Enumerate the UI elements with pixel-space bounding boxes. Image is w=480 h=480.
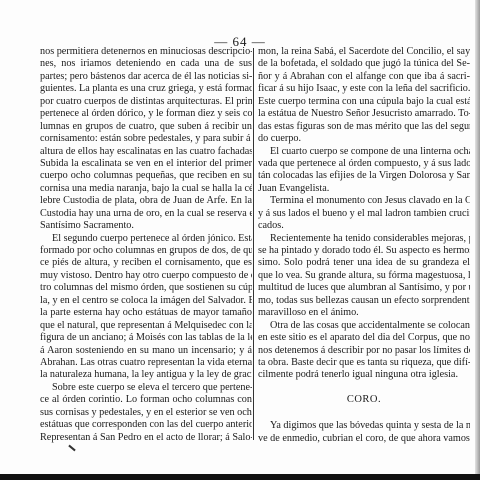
text-line: estátuas que corresponden con las del cu… xyxy=(40,419,252,431)
text-line: nos detenemos á describir por no pasar l… xyxy=(258,345,470,357)
text-line: que lo vea. Su grande altura, su fórma m… xyxy=(258,270,470,282)
text-line: lumnas en grupos de cuatro, que suben á … xyxy=(40,121,252,133)
text-line: ce piés de altura, y reciben el cornisam… xyxy=(40,257,252,269)
text-line: se ha pintado y dorado todo él. Su aspec… xyxy=(258,245,470,257)
text-line: la estátua de Nuestro Señor Jesucristo a… xyxy=(258,108,470,120)
text-line: que el natural, que representan á Melqui… xyxy=(40,320,252,332)
text-line: Termina el monumento con Jesus clavado e… xyxy=(258,195,470,207)
text-line: á Aaron sosteniendo en su mano un incens… xyxy=(40,345,252,357)
text-line: maravilloso en el ánimo. xyxy=(258,307,470,319)
scan-bottom-border xyxy=(0,474,480,480)
text-line: tán colocadas las efijies de la Virgen D… xyxy=(258,170,470,182)
text-line: mo, todas sus bellezas causan un efecto … xyxy=(258,295,470,307)
page-edge-shadow xyxy=(475,0,480,474)
text-line: la naturaleza humana, la ley antigua y l… xyxy=(40,369,252,381)
text-line: nos permitiera detenernos en minuciosas … xyxy=(40,46,252,58)
text-line: simo. Solo podrá tener una idea de su gr… xyxy=(258,257,470,269)
text-line: El segundo cuerpo pertenece al órden jón… xyxy=(40,233,252,245)
text-line: cados. xyxy=(258,220,470,232)
text-line: lebre Custodia de plata, obra de Juan de… xyxy=(40,195,252,207)
text-line: mon, la reina Sabá, el Sacerdote del Con… xyxy=(258,46,470,58)
text-line: Ya digimos que las bóvedas quinta y sest… xyxy=(258,420,470,432)
text-line: de la bofetada, el soldado que jugó la t… xyxy=(258,58,470,70)
text-line: El cuarto cuerpo se compone de una linte… xyxy=(258,146,470,158)
text-line: partes; pero bástenos dar acerca de él l… xyxy=(40,71,252,83)
text-line: por cuatro cuerpos de distintas arquitec… xyxy=(40,96,252,108)
text-line: do cuerpo. xyxy=(258,133,470,145)
text-line: sus cornisas y pedestales, y en el ester… xyxy=(40,407,252,419)
text-line: la parte esterna hay ocho estátuas de ma… xyxy=(40,307,252,319)
text-line: cornisa una media naranja, bajo la cual … xyxy=(40,183,252,195)
book-page: — 64 — nos permitiera detenernos en minu… xyxy=(0,0,480,474)
text-line: Abrahan. Las otras cuatro representan la… xyxy=(40,357,252,369)
text-line: guientes. La planta es una cruz griega, … xyxy=(40,83,252,95)
text-line: la, y en el centro se coloca la imágen d… xyxy=(40,295,252,307)
text-line: ta obra. Baste decir que es tanta su riq… xyxy=(258,357,470,369)
text-line: nes, nos iriamos deteniendo en cada una … xyxy=(40,58,252,70)
text-line: Subida la escalinata se ven en el interi… xyxy=(40,158,252,170)
text-line: Otra de las cosas que accidentalmente se… xyxy=(258,320,470,332)
text-line: multitud de luces que alumbran al Santís… xyxy=(258,282,470,294)
text-line: pertenece al órden dórico, y le forman d… xyxy=(40,108,252,120)
text-line: cornisamento: están sobre pedestales, y … xyxy=(40,133,252,145)
text-line: cuerpo ocho columnas pequeñas, que recib… xyxy=(40,170,252,182)
text-line: Este cuerpo termina con una cúpula bajo … xyxy=(258,96,470,108)
text-line: ve de enmedio, cubrian el coro, de que a… xyxy=(258,433,470,445)
text-line: ficar á su hijo Isaac, y este con la leñ… xyxy=(258,83,470,95)
text-line: Custodia hay una urna de oro, en la cual… xyxy=(40,208,252,220)
text-line: y á sus lados el bueno y el mal ladron t… xyxy=(258,208,470,220)
text-line: ce al órden corintio. Lo forman ocho col… xyxy=(40,394,252,406)
text-line: figura de un anciano; á Moisés con las t… xyxy=(40,332,252,344)
text-line: Recientemente ha tenido considerables me… xyxy=(258,233,470,245)
stray-ink-mark xyxy=(68,445,75,452)
text-line: cilmente podrá tenerlo igual ninguna otr… xyxy=(258,369,470,381)
text-line: tro columnas del mismo órden, que sostie… xyxy=(40,282,252,294)
text-line: Sobre este cuerpo se eleva el tercero qu… xyxy=(40,382,252,394)
text-line: vada que pertenece al órden compuesto, y… xyxy=(258,158,470,170)
left-column: nos permitiera detenernos en minuciosas … xyxy=(40,46,252,444)
text-line: ñor y á Abrahan con el alfange con que i… xyxy=(258,71,470,83)
section-heading-coro: CORO. xyxy=(258,394,470,406)
text-line: en este sitio es el aparato del dia del … xyxy=(258,332,470,344)
right-column: mon, la reina Sabá, el Sacerdote del Con… xyxy=(258,46,470,445)
text-line: Juan Evangelista. xyxy=(258,183,470,195)
text-line: formado por ocho columnas en grupos de d… xyxy=(40,245,252,257)
text-line: Representan á San Pedro en el acto de ll… xyxy=(40,432,252,444)
text-line: altura de ellos hay escalinatas en las c… xyxy=(40,146,252,158)
text-line: Santísimo Sacramento. xyxy=(40,220,252,232)
text-line: muy vistoso. Dentro hay otro cuerpo comp… xyxy=(40,270,252,282)
column-divider xyxy=(253,48,254,440)
text-line: das estas figuras son de mas mérito que … xyxy=(258,121,470,133)
